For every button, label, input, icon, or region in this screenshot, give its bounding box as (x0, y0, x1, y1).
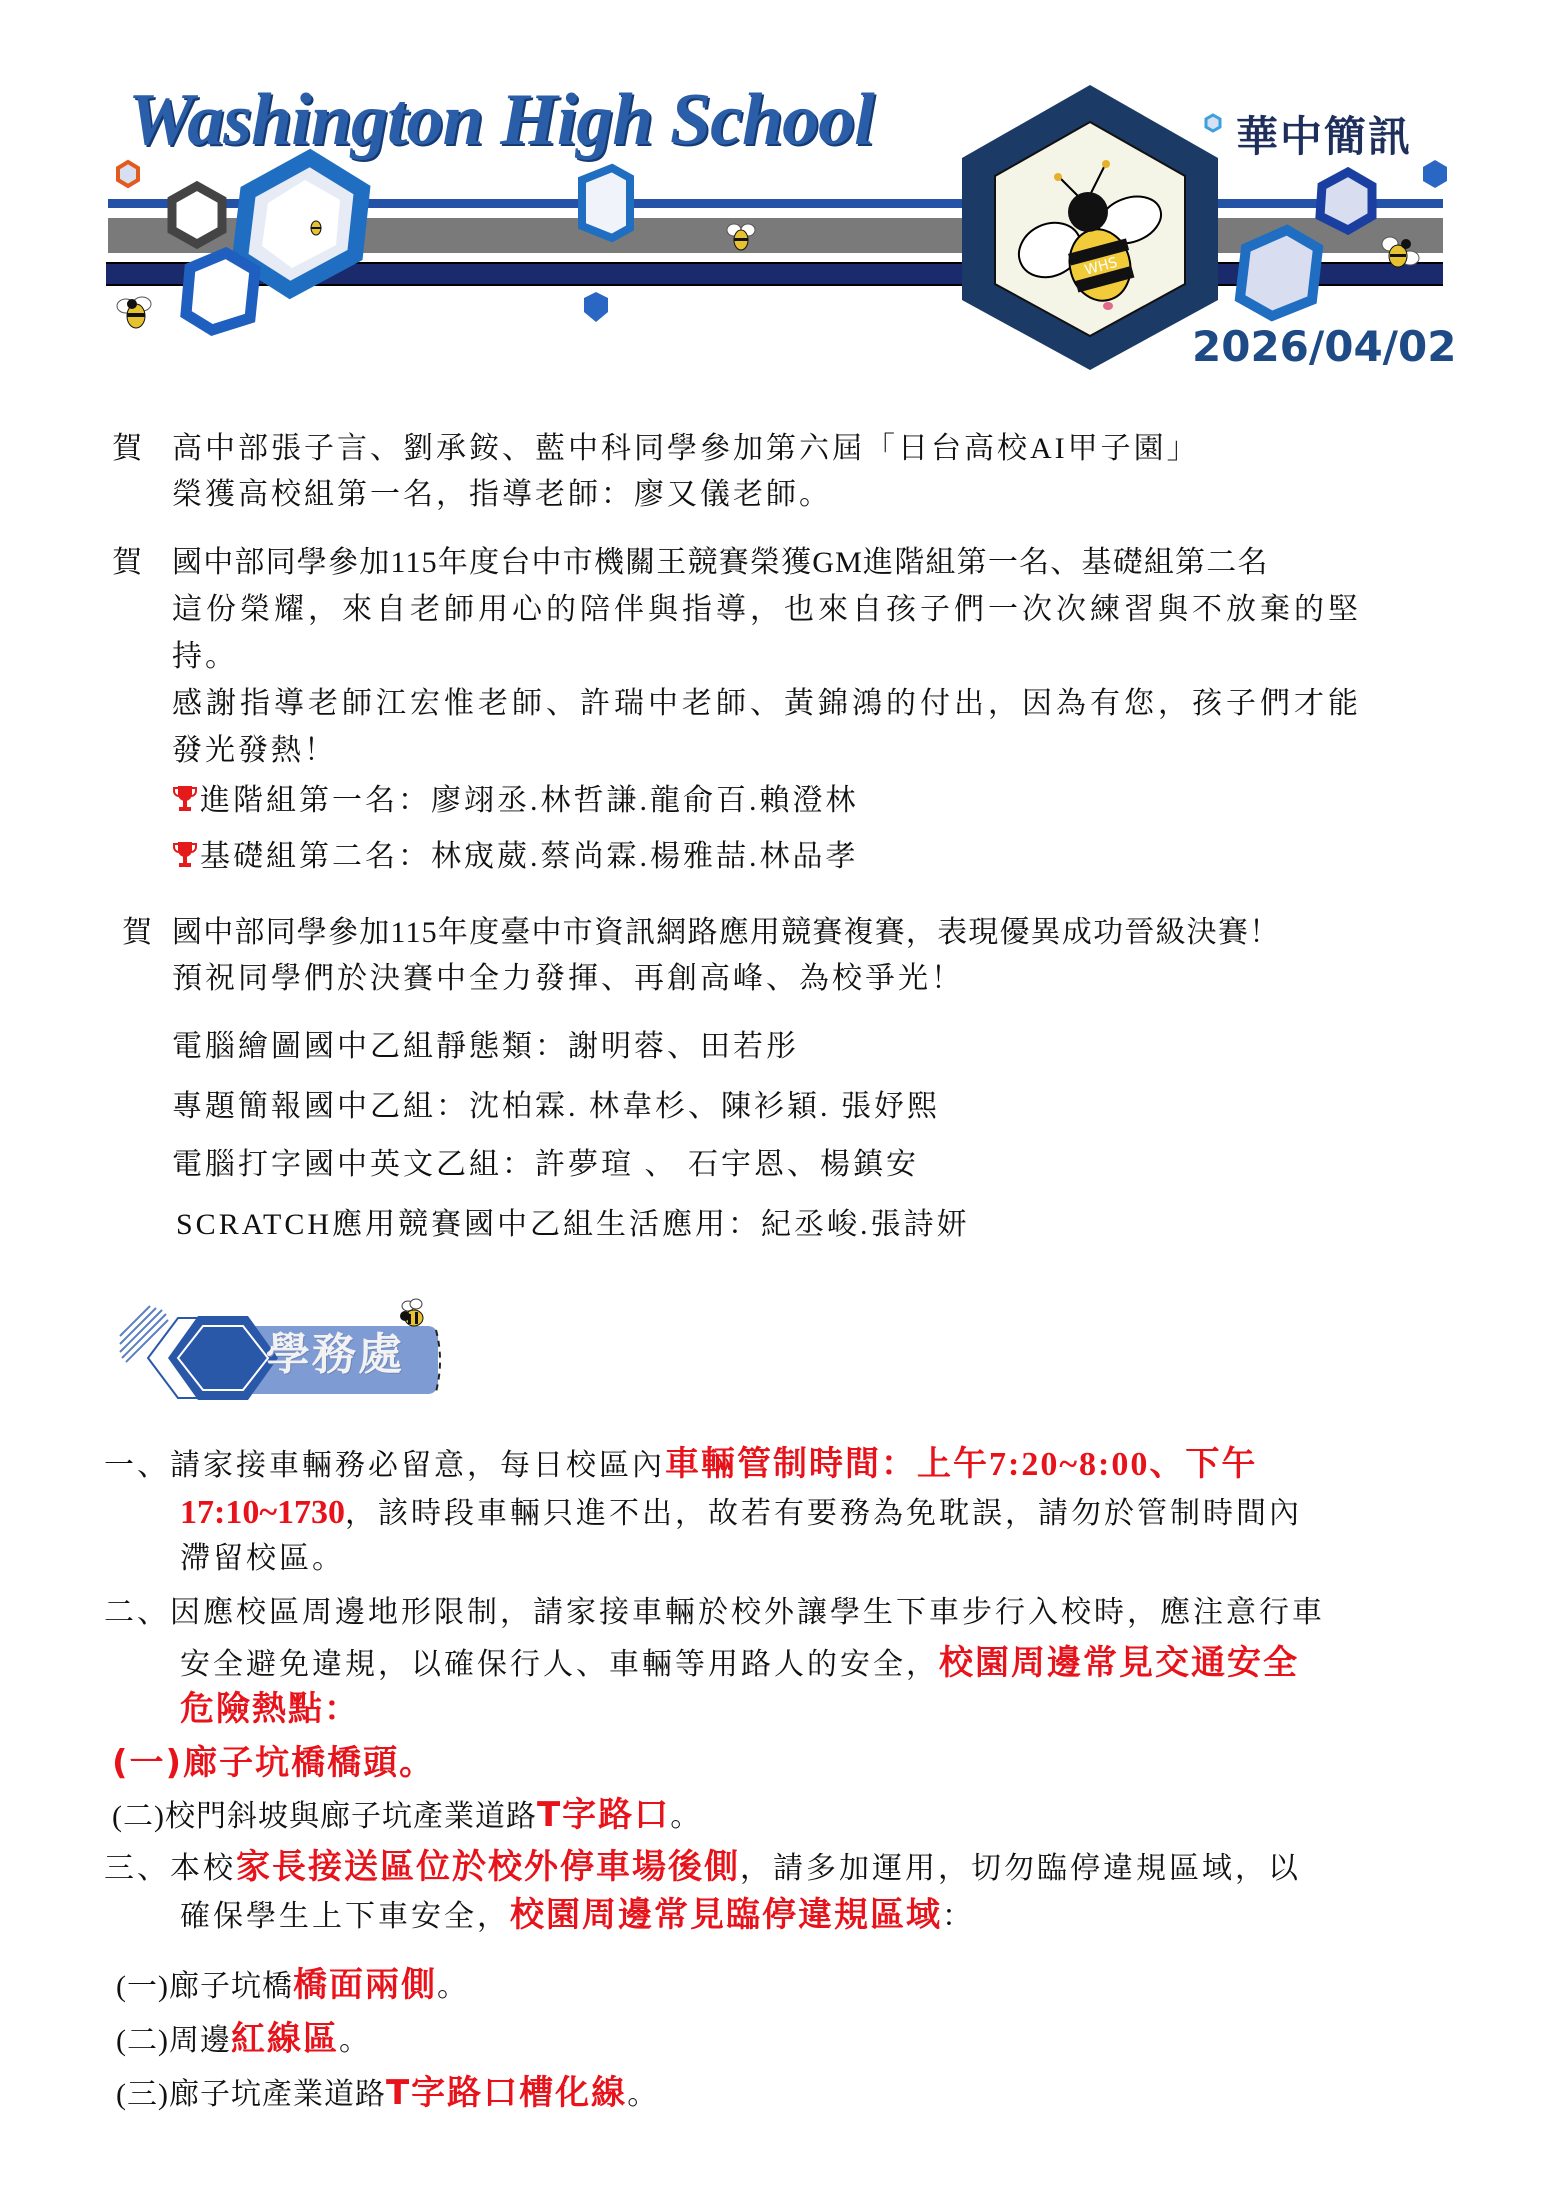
notice-subitem: (一)廊子坑橋橋頭。 (112, 1744, 435, 1782)
trophy-icon (172, 840, 198, 870)
award-advanced: 進階組第一名：廖翊丞.林哲謙.龍俞百.賴澄林 (172, 782, 859, 820)
notice-subitem: (二)校門斜坡與廊子坑產業道路T字路口。 (112, 1796, 701, 1836)
notice-subitem: (三)廊子坑產業道路T字路口槽化線。 (116, 2074, 658, 2114)
school-name-logo: Washington High School (128, 78, 874, 163)
notice-highlight: 家長接送區位於校外停車場後側 (236, 1847, 740, 1887)
newsletter-header: WHS Washington High School 華中簡訊 2026/04/… (0, 0, 1563, 400)
notice-text: 。 (339, 2024, 370, 2057)
notice-highlight: 校園周邊常見臨停違規區域 (510, 1895, 942, 1935)
congrats-marker: 賀 (112, 430, 142, 468)
notice-text: 請家接車輛務必留意，每日校區內 (170, 1449, 665, 1482)
congrats-line: 這份榮耀，來自老師用心的陪伴與指導，也來自孩子們一次次練習與不放棄的堅 (172, 591, 1362, 629)
congrats-line: 國中部同學參加115年度台中市機關王競賽榮獲GM進階組第一名、基礎組第二名 (172, 544, 1269, 582)
notice-highlight: 橋面兩側 (293, 1965, 437, 2005)
notice-text: (三)廊子坑產業道路 (116, 2078, 386, 2111)
notice-subitem: (一)廊子坑橋橋面兩側。 (116, 1966, 468, 2006)
small-bee-icon (724, 218, 758, 254)
award-text: 進階組第一名：廖翊丞.林哲謙.龍俞百.賴澄林 (200, 784, 859, 817)
notice-text: (一)廊子坑橋 (116, 1970, 293, 2003)
notice-line: 滯留校區。 (180, 1540, 345, 1578)
category-line: 電腦繪圖國中乙組靜態類：謝明蓉、田若彤 (172, 1028, 799, 1066)
congrats-line: 國中部同學參加115年度臺中市資訊網路應用競賽複賽，表現優異成功晉級決賽！ (172, 914, 1280, 952)
congrats-line: 持。 (172, 638, 238, 676)
small-bee-icon (305, 216, 327, 238)
category-line: 專題簡報國中乙組：沈柏霖. 林韋杉、陳衫穎. 張妤熙 (172, 1088, 940, 1126)
congrats-line: 榮獲高校組第一名，指導老師：廖又儀老師。 (172, 476, 832, 514)
notice-text: 因應校區周邊地形限制，請家接車輛於校外讓學生下車步行入校時，應注意行車 (170, 1596, 1325, 1629)
notice-text: (二)校門斜坡與廊子坑產業道路 (112, 1800, 537, 1833)
notice-line: 三、本校家長接送區位於校外停車場後側，請多加運用，切勿臨停違規區域，以 (104, 1848, 1301, 1888)
notice-highlight: 校園周邊常見交通安全 (939, 1643, 1299, 1683)
notice-highlight: 紅線區 (231, 2019, 339, 2059)
notice-line: 安全避免違規，以確保行人、車輛等用路人的安全，校園周邊常見交通安全 (180, 1644, 1299, 1684)
notice-text: ： (942, 1900, 975, 1933)
notice-text: 。 (627, 2078, 658, 2111)
newsletter-title: 華中簡訊 (1236, 104, 1412, 164)
notice-highlight: 危險熱點： (180, 1690, 360, 1728)
notice-text: 本校 (170, 1852, 236, 1885)
section-title: 學務處 (266, 1318, 404, 1382)
notice-highlight: 17:10~1730 (180, 1494, 345, 1531)
bee-mascot-icon: WHS (1010, 150, 1180, 320)
notice-line: 二、因應校區周邊地形限制，請家接車輛於校外讓學生下車步行入校時，應注意行車 (104, 1594, 1325, 1632)
notice-line: 17:10~1730，該時段車輛只進不出，故若有要務為免耽誤，請勿於管制時間內 (180, 1494, 1302, 1533)
notice-text: ，該時段車輛只進不出，故若有要務為免耽誤，請勿於管制時間內 (345, 1497, 1302, 1530)
notice-subitem: (二)周邊紅線區。 (116, 2020, 370, 2060)
award-basic: 基礎組第二名：林宬葳.蔡尚霖.楊雅喆.林品孝 (172, 838, 859, 876)
trophy-icon (172, 784, 198, 814)
section-header-student-affairs: 學務處 (118, 1296, 448, 1406)
notice-text: 確保學生上下車安全， (180, 1900, 510, 1933)
notice-number: 二、 (104, 1596, 170, 1629)
notice-text: 。 (437, 1970, 468, 2003)
notice-text: (二)周邊 (116, 2024, 231, 2057)
congrats-line: 高中部張子言、劉承銨、藍中科同學參加第六屆「日台高校AI甲子園」 (172, 430, 1200, 468)
notice-text: 安全避免違規，以確保行人、車輛等用路人的安全， (180, 1648, 939, 1681)
notice-text: ，請多加運用，切勿臨停違規區域，以 (740, 1852, 1301, 1885)
category-line: SCRATCH應用競賽國中乙組生活應用：紀丞峻.張詩妍 (176, 1206, 970, 1244)
notice-number: 三、 (104, 1852, 170, 1885)
congrats-line: 發光發熱！ (172, 732, 337, 770)
issue-date: 2026/04/02 (1192, 322, 1456, 371)
small-bee-icon (112, 292, 156, 332)
congrats-marker: 賀 (112, 544, 142, 582)
award-text: 基礎組第二名：林宬葳.蔡尚霖.楊雅喆.林品孝 (200, 840, 859, 873)
congrats-marker: 賀 (122, 914, 152, 952)
notice-highlight: T字路口槽化線 (386, 2073, 627, 2113)
congrats-line: 預祝同學們於決賽中全力發揮、再創高峰、為校爭光！ (172, 960, 964, 998)
category-line: 電腦打字國中英文乙組：許夢瑄 、 石宇恩、楊鎮安 (172, 1146, 919, 1184)
notice-highlight: 車輛管制時間：上午7:20~8:00、下午 (665, 1446, 1257, 1483)
notice-text: 。 (670, 1800, 701, 1833)
notice-line: 確保學生上下車安全，校園周邊常見臨停違規區域： (180, 1896, 975, 1936)
notice-line: 一、請家接車輛務必留意，每日校區內車輛管制時間：上午7:20~8:00、下午 (104, 1446, 1257, 1485)
notice-highlight: T字路口 (537, 1795, 670, 1835)
congrats-line: 感謝指導老師江宏惟老師、許瑞中老師、黃錦鴻的付出，因為有您，孩子們才能 (172, 685, 1362, 723)
small-bee-icon (1380, 232, 1422, 272)
notice-number: 一、 (104, 1449, 170, 1482)
